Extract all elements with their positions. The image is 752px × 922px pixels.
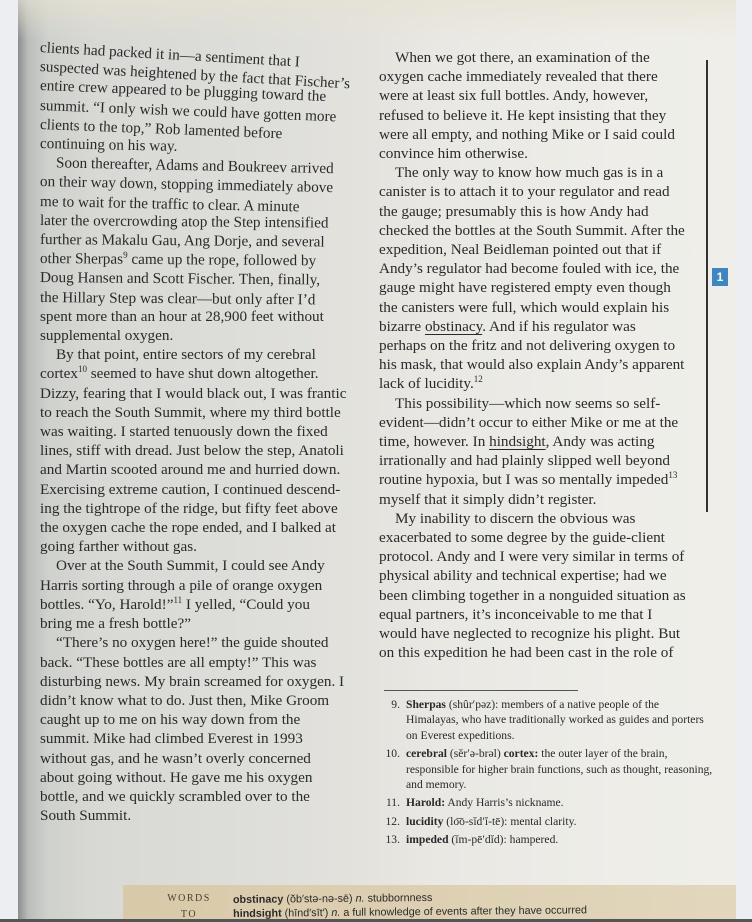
line-text-after: came up the rope, followed by xyxy=(128,251,317,270)
text-line: myself that it simply didn’t register. xyxy=(379,490,709,509)
footnote-body: impeded (ĭm-pē′dĭd): hampered. xyxy=(406,832,558,847)
text-line: bizarre obstinacy. And if his regulator … xyxy=(379,317,709,336)
line-text: Exercising extreme caution, I continued … xyxy=(40,481,340,498)
text-line: By that point, entire sectors of my cere… xyxy=(40,345,384,364)
line-text: irrationally and had plainly slipped wel… xyxy=(379,452,670,469)
footnote-item: 9.Sherpas (shûr′pəz): members of a nativ… xyxy=(374,697,714,743)
line-text: checked the bottles at the South Summit.… xyxy=(379,222,685,239)
line-text: By that point, entire sectors of my cere… xyxy=(56,346,316,363)
footnote-ref[interactable]: 10 xyxy=(78,364,87,374)
line-text-after: , Andy was acting xyxy=(546,433,655,450)
left-column: clients had packed it in—a sentiment tha… xyxy=(40,38,384,825)
text-line: evident—didn’t occur to either Mike or m… xyxy=(379,413,709,432)
line-text-after: seemed to have shut down altogether. xyxy=(87,365,319,382)
line-text: continuing on his way. xyxy=(40,135,178,155)
line-text: South Summit. xyxy=(40,807,131,824)
text-line: the oxygen cache the rope ended, and I b… xyxy=(40,518,384,537)
line-text: later the overcrowding atop the Step int… xyxy=(40,212,329,232)
footnote-ref[interactable]: 12 xyxy=(474,374,483,384)
footnote-term: lucidity xyxy=(406,815,443,828)
text-line: physical ability and technical expertise… xyxy=(379,566,709,585)
line-text: time, however. In xyxy=(379,433,489,450)
line-text: This possibility—which now seems so self… xyxy=(395,395,660,412)
line-text: oxygen cache immediately revealed that t… xyxy=(379,68,658,85)
text-line: and Martin scooted around me and hurried… xyxy=(40,460,384,479)
text-line: Doug Hansen and Scott Fischer. Then, fin… xyxy=(40,268,384,290)
text-line: routine hypoxia, but I was so mentally i… xyxy=(379,470,709,489)
line-text: been climbing together in a nonguided si… xyxy=(379,587,686,604)
line-text: My inability to discern the obvious was xyxy=(395,510,635,527)
line-text-after: . And if his regulator was xyxy=(482,318,636,335)
text-line: ing the tightrope of the ridge, but fift… xyxy=(40,499,384,518)
line-text: the Hillary Step was clear—but only afte… xyxy=(40,289,316,308)
text-line: the Hillary Step was clear—but only afte… xyxy=(40,288,384,310)
text-line: about going without. He gave me his oxyg… xyxy=(40,768,384,787)
text-line: “There’s no oxygen here!” the guide shou… xyxy=(40,633,384,652)
line-text: Over at the South Summit, I could see An… xyxy=(56,557,325,574)
line-text: perhaps on the fritz and not delivering … xyxy=(379,337,675,354)
text-line: My inability to discern the obvious was xyxy=(379,509,709,528)
footnote-item: 10.cerebral (sĕr′ə-brəl) cortex: the out… xyxy=(374,746,714,792)
text-line: the canisters were full, which would exp… xyxy=(379,298,709,317)
line-text: convince him otherwise. xyxy=(379,145,528,162)
text-line: summit. Mike had climbed Everest in 1993 xyxy=(40,729,384,748)
line-text: the oxygen cache the rope ended, and I b… xyxy=(40,519,336,536)
line-text: back. “These bottles are all empty!” Thi… xyxy=(40,654,316,671)
text-line: protocol. Andy and I were very similar i… xyxy=(379,547,709,566)
line-text: didn’t know what to do. Just then, Mike … xyxy=(40,692,329,709)
text-line: perhaps on the fritz and not delivering … xyxy=(379,336,709,355)
text-line: Dizzy, fearing that I would black out, I… xyxy=(40,384,384,403)
line-text: gauge might have registered empty even t… xyxy=(379,279,671,296)
line-text: on this expedition he had been cast in t… xyxy=(379,644,673,661)
footnote-term: Sherpas xyxy=(406,698,446,711)
footnote-body: lucidity (lo͞o-sĭd′ĭ-tē): mental clarity… xyxy=(406,814,577,829)
line-text: “There’s no oxygen here!” the guide shou… xyxy=(56,634,328,651)
text-line: gauge might have registered empty even t… xyxy=(379,278,709,297)
part-of-speech: n. xyxy=(331,907,340,919)
text-line: supplemental oxygen. xyxy=(40,326,384,345)
viewer-margin-left xyxy=(0,0,18,922)
text-line: time, however. In hindsight, Andy was ac… xyxy=(379,432,709,451)
line-text: Harris sorting through a pile of orange … xyxy=(40,577,322,594)
line-text: refused to believe it. He kept insisting… xyxy=(379,107,666,124)
footnote-item: 12.lucidity (lo͞o-sĭd′ĭ-tē): mental clar… xyxy=(374,814,714,829)
text-line: cortex10 seemed to have shut down altoge… xyxy=(40,364,384,383)
line-text: lack of lucidity. xyxy=(379,375,474,392)
text-line: caught up to me on his way down from the xyxy=(40,710,384,729)
vocabulary-word: obstinacy xyxy=(233,893,284,906)
line-text: Dizzy, fearing that I would black out, I… xyxy=(40,385,346,402)
line-text: cortex xyxy=(40,365,78,382)
line-text: supplemental oxygen. xyxy=(40,327,173,344)
text-line: been climbing together in a nonguided si… xyxy=(379,586,709,605)
text-line: When we got there, an examination of the xyxy=(379,48,709,67)
text-line: going farther without gas. xyxy=(40,537,384,556)
text-line: equal partners, it’s inconceivable to me… xyxy=(379,605,709,624)
line-text: ing the tightrope of the ridge, but fift… xyxy=(40,500,338,517)
margin-vertical-rule xyxy=(706,60,708,512)
line-text: about going without. He gave me his oxyg… xyxy=(40,769,313,786)
footnote-number: 11. xyxy=(374,795,406,810)
line-text: was waiting. I started tenuously down th… xyxy=(40,423,328,440)
line-text: Doug Hansen and Scott Fischer. Then, fin… xyxy=(40,269,320,288)
text-line: on this expedition he had been cast in t… xyxy=(379,643,709,662)
line-text: canister is to attach it to your regulat… xyxy=(379,183,670,200)
line-text: When we got there, an examination of the xyxy=(395,49,650,66)
text-line: Andy’s regulator had become fouled with … xyxy=(379,259,709,278)
footnote-number: 10. xyxy=(374,746,406,792)
line-text: physical ability and technical expertise… xyxy=(379,567,667,584)
vocabulary-word-link[interactable]: obstinacy xyxy=(425,318,482,335)
line-text: caught up to me on his way down from the xyxy=(40,711,300,728)
words-to-know-box: WORDS TO obstinacy (ŏb′stə-nə-sē) n. stu… xyxy=(123,885,736,922)
book-page: clients had packed it in—a sentiment tha… xyxy=(18,0,736,922)
footnote-divider xyxy=(384,690,578,691)
line-text: summit. Mike had climbed Everest in 1993 xyxy=(40,730,303,747)
line-text: and Martin scooted around me and hurried… xyxy=(40,461,340,478)
line-text: going farther without gas. xyxy=(40,538,197,555)
line-text: disturbing news. My brain screamed for o… xyxy=(40,673,344,690)
text-line: would have neglected to recognize his pl… xyxy=(379,624,709,643)
words-to-know-label: WORDS TO xyxy=(163,891,215,922)
line-text: myself that it simply didn’t register. xyxy=(379,491,596,508)
line-text: bizarre xyxy=(379,318,425,335)
text-line: Exercising extreme caution, I continued … xyxy=(40,480,384,499)
line-text: equal partners, it’s inconceivable to me… xyxy=(379,606,652,623)
line-text: protocol. Andy and I were very similar i… xyxy=(379,548,684,565)
viewer-margin-right xyxy=(736,0,752,922)
line-text: exacerbated to some degree by the guide-… xyxy=(379,529,665,546)
line-text: lines, stiff with dread. Just below the … xyxy=(40,442,344,459)
vocabulary-word-link[interactable]: hindsight xyxy=(489,433,546,450)
footnote-ref[interactable]: 13 xyxy=(668,470,677,480)
words-to-know-entries: obstinacy (ŏb′stə-nə-sē) n. stubbornness… xyxy=(233,889,587,921)
text-line: his mask, that would also explain Andy’s… xyxy=(379,355,709,374)
line-text: bring me a fresh bottle?” xyxy=(40,615,191,632)
line-text: bottle, and we quickly scrambled over to… xyxy=(40,788,310,805)
text-line: lines, stiff with dread. Just below the … xyxy=(40,441,384,460)
right-column: When we got there, an examination of the… xyxy=(379,48,709,663)
text-line: without gas, and he wasn’t overly concer… xyxy=(40,749,384,768)
line-text: Andy’s regulator had become fouled with … xyxy=(379,260,679,277)
text-line: bottles. “Yo, Harold!”11 I yelled, “Coul… xyxy=(40,595,384,614)
text-line: refused to believe it. He kept insisting… xyxy=(379,106,709,125)
text-line: The only way to know how much gas is in … xyxy=(379,163,709,182)
footnote-body: Sherpas (shûr′pəz): members of a native … xyxy=(406,697,714,743)
part-of-speech: n. xyxy=(355,893,364,905)
text-line: to reach the South Summit, where my thir… xyxy=(40,403,384,422)
text-line: were at least six full bottles. Andy, ho… xyxy=(379,86,709,105)
footnote-number: 9. xyxy=(374,697,406,743)
line-text: to reach the South Summit, where my thir… xyxy=(40,404,341,421)
text-line: convince him otherwise. xyxy=(379,144,709,163)
footnote-term: cortex: xyxy=(504,747,539,760)
footnote-body: cerebral (sĕr′ə-brəl) cortex: the outer … xyxy=(406,746,714,792)
text-line: disturbing news. My brain screamed for o… xyxy=(40,672,384,691)
line-text-after: I yelled, “Could you xyxy=(182,596,310,613)
text-line: expedition, Neal Beidleman pointed out t… xyxy=(379,240,709,259)
footnote-body: Harold: Andy Harris’s nickname. xyxy=(406,795,564,810)
line-text: were at least six full bottles. Andy, ho… xyxy=(379,87,648,104)
line-text: his mask, that would also explain Andy’s… xyxy=(379,356,684,373)
text-line: bring me a fresh bottle?” xyxy=(40,614,384,633)
footnote-ref[interactable]: 11 xyxy=(173,595,182,605)
line-text: other Sherpas xyxy=(40,250,123,268)
text-line: the gauge; presumably this is how Andy h… xyxy=(379,202,709,221)
line-text: The only way to know how much gas is in … xyxy=(395,164,663,181)
margin-marker-badge[interactable]: 1 xyxy=(712,268,728,286)
footnote-term: Harold: xyxy=(406,796,445,809)
line-text: routine hypoxia, but I was so mentally i… xyxy=(379,471,668,488)
line-text: spent more than an hour at 28,900 feet w… xyxy=(40,308,324,325)
text-line: was waiting. I started tenuously down th… xyxy=(40,422,384,441)
text-line: bottle, and we quickly scrambled over to… xyxy=(40,787,384,806)
line-text: bottles. “Yo, Harold!” xyxy=(40,596,173,613)
text-line: lack of lucidity.12 xyxy=(379,374,709,393)
text-line: Over at the South Summit, I could see An… xyxy=(40,556,384,575)
footnote-number: 13. xyxy=(374,832,406,847)
text-line: checked the bottles at the South Summit.… xyxy=(379,221,709,240)
line-text: the canisters were full, which would exp… xyxy=(379,299,669,316)
text-line: didn’t know what to do. Just then, Mike … xyxy=(40,691,384,710)
line-text: would have neglected to recognize his pl… xyxy=(379,625,680,642)
text-line: exacerbated to some degree by the guide-… xyxy=(379,528,709,547)
line-text: the gauge; presumably this is how Andy h… xyxy=(379,203,649,220)
line-text: expedition, Neal Beidleman pointed out t… xyxy=(379,241,661,258)
footnote-term: impeded xyxy=(406,833,449,846)
footnote-number: 12. xyxy=(374,814,406,829)
text-line: South Summit. xyxy=(40,806,384,825)
line-text: without gas, and he wasn’t overly concer… xyxy=(40,750,311,767)
footnote-item: 11.Harold: Andy Harris’s nickname. xyxy=(374,795,714,810)
text-line: canister is to attach it to your regulat… xyxy=(379,182,709,201)
text-line: back. “These bottles are all empty!” Thi… xyxy=(40,653,384,672)
footnote-item: 13.impeded (ĭm-pē′dĭd): hampered. xyxy=(374,832,714,847)
text-line: This possibility—which now seems so self… xyxy=(379,394,709,413)
line-text: further as Makalu Gau, Ang Dorje, and se… xyxy=(40,231,325,250)
text-line: oxygen cache immediately revealed that t… xyxy=(379,67,709,86)
text-line: were all empty, and nothing Mike or I sa… xyxy=(379,125,709,144)
footnote-term: cerebral xyxy=(406,747,447,760)
text-line: irrationally and had plainly slipped wel… xyxy=(379,451,709,470)
line-text: evident—didn’t occur to either Mike or m… xyxy=(379,414,678,431)
footnotes: 9.Sherpas (shûr′pəz): members of a nativ… xyxy=(374,697,714,851)
text-line: Harris sorting through a pile of orange … xyxy=(40,576,384,595)
line-text: were all empty, and nothing Mike or I sa… xyxy=(379,126,675,143)
